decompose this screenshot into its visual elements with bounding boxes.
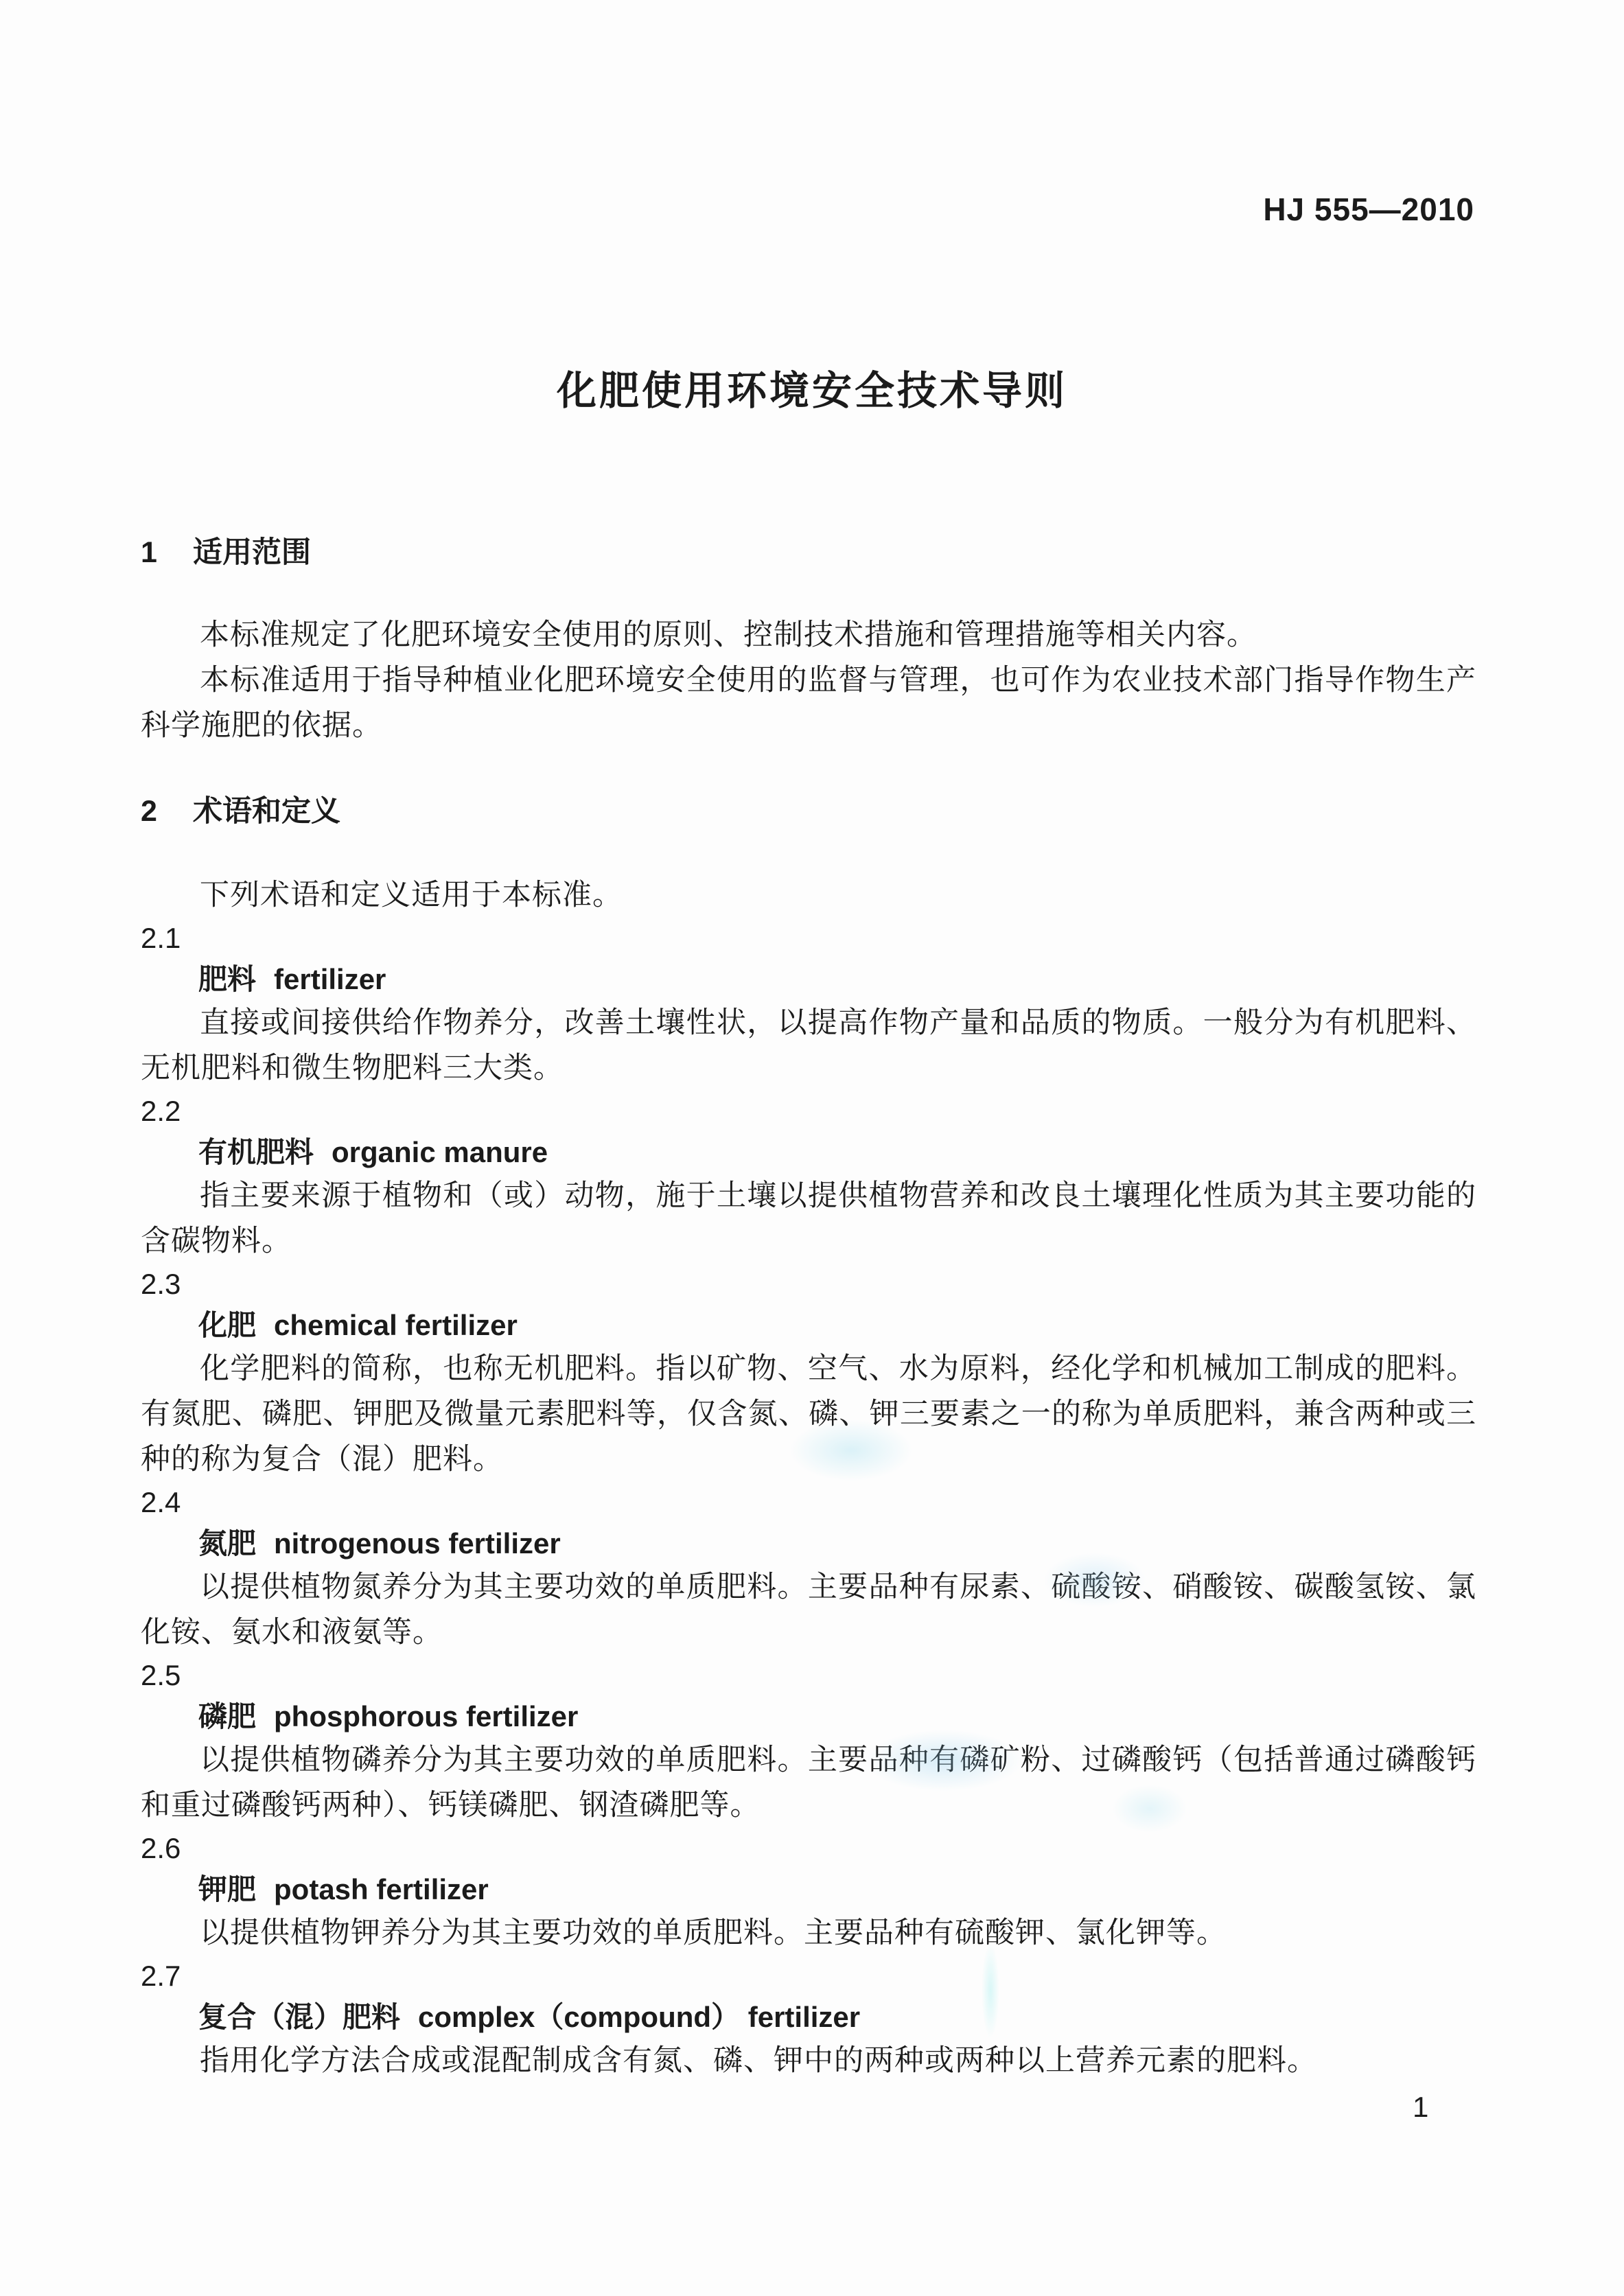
term-title-en: chemical fertilizer: [274, 1309, 518, 1341]
term-number: 2.1: [141, 918, 1476, 958]
term-number: 2.2: [141, 1091, 1476, 1131]
term-title-en: organic manure: [332, 1136, 548, 1168]
term-title-en: nitrogenous fertilizer: [274, 1527, 561, 1559]
section-1-heading: 1适用范围: [141, 532, 1476, 573]
term-title: 钾肥potash fertilizer: [141, 1868, 1476, 1911]
term-title-zh: 磷肥: [198, 1700, 256, 1732]
term-block: 2.6 钾肥potash fertilizer 以提供植物钾养分为其主要功效的单…: [141, 1829, 1476, 1956]
term-title-en: phosphorous fertilizer: [274, 1700, 578, 1732]
term-title-zh: 肥料: [198, 963, 256, 995]
term-number: 2.3: [141, 1264, 1476, 1304]
term-block: 2.1 肥料fertilizer 直接或间接供给作物养分，改善土壤性状，以提高作…: [141, 918, 1476, 1091]
term-title-zh: 有机肥料: [198, 1136, 314, 1168]
term-title-zh: 氮肥: [198, 1527, 256, 1559]
section-title: 术语和定义: [193, 795, 340, 828]
paragraph: 本标准适用于指导种植业化肥环境安全使用的监督与管理，也可作为农业技术部门指导作物…: [141, 658, 1476, 749]
term-definition: 指主要来源于植物和（或）动物，施于土壤以提供植物营养和改良土壤理化性质为其主要功…: [141, 1174, 1476, 1264]
terms-list: 2.1 肥料fertilizer 直接或间接供给作物养分，改善土壤性状，以提高作…: [141, 918, 1476, 2084]
term-title: 化肥chemical fertilizer: [141, 1304, 1476, 1347]
term-number: 2.7: [141, 1956, 1476, 1996]
term-block: 2.4 氮肥nitrogenous fertilizer 以提供植物氮养分为其主…: [141, 1483, 1476, 1656]
term-title-zh: 复合（混）肥料: [198, 2001, 400, 2033]
section-number: 1: [141, 532, 168, 573]
term-title-zh: 化肥: [198, 1309, 256, 1341]
term-definition: 以提供植物钾养分为其主要功效的单质肥料。主要品种有硫酸钾、氯化钾等。: [141, 1911, 1476, 1956]
term-definition: 化学肥料的简称，也称无机肥料。指以矿物、空气、水为原料，经化学和机械加工制成的肥…: [141, 1347, 1476, 1483]
term-definition: 指用化学方法合成或混配制成含有氮、磷、钾中的两种或两种以上营养元素的肥料。: [141, 2039, 1476, 2084]
terms-intro: 下列术语和定义适用于本标准。: [141, 873, 1476, 918]
term-title-zh: 钾肥: [198, 1873, 256, 1905]
section-1-paragraphs: 本标准规定了化肥环境安全使用的原则、控制技术措施和管理措施等相关内容。 本标准适…: [141, 613, 1476, 749]
term-title: 磷肥phosphorous fertilizer: [141, 1695, 1476, 1738]
paragraph: 本标准规定了化肥环境安全使用的原则、控制技术措施和管理措施等相关内容。: [141, 613, 1476, 658]
term-title: 肥料fertilizer: [141, 958, 1476, 1001]
term-title-en: potash fertilizer: [274, 1873, 489, 1905]
term-definition: 直接或间接供给作物养分，改善土壤性状，以提高作物产量和品质的物质。一般分为有机肥…: [141, 1001, 1476, 1091]
term-block: 2.7 复合（混）肥料complex（compound） fertilizer …: [141, 1956, 1476, 2084]
standard-code: HJ 555—2010: [1263, 191, 1474, 228]
document-page: HJ 555—2010 化肥使用环境安全技术导则 1适用范围 本标准规定了化肥环…: [0, 0, 1624, 2296]
term-title-en: complex（compound） fertilizer: [418, 2001, 860, 2033]
term-title-en: fertilizer: [274, 963, 386, 995]
term-block: 2.5 磷肥phosphorous fertilizer 以提供植物磷养分为其主…: [141, 1656, 1476, 1829]
term-definition: 以提供植物磷养分为其主要功效的单质肥料。主要品种有磷矿粉、过磷酸钙（包括普通过磷…: [141, 1738, 1476, 1829]
term-title: 有机肥料organic manure: [141, 1131, 1476, 1174]
term-title: 复合（混）肥料complex（compound） fertilizer: [141, 1996, 1476, 2039]
section-number: 2: [141, 791, 168, 832]
term-number: 2.4: [141, 1483, 1476, 1522]
document-title: 化肥使用环境安全技术导则: [0, 358, 1624, 416]
term-title: 氮肥nitrogenous fertilizer: [141, 1522, 1476, 1565]
document-body: 1适用范围 本标准规定了化肥环境安全使用的原则、控制技术措施和管理措施等相关内容…: [141, 529, 1476, 2084]
term-definition: 以提供植物氮养分为其主要功效的单质肥料。主要品种有尿素、硫酸铵、硝酸铵、碳酸氢铵…: [141, 1565, 1476, 1656]
term-number: 2.5: [141, 1656, 1476, 1695]
page-number: 1: [1413, 2091, 1428, 2124]
term-block: 2.2 有机肥料organic manure 指主要来源于植物和（或）动物，施于…: [141, 1091, 1476, 1264]
section-title: 适用范围: [193, 536, 311, 569]
term-number: 2.6: [141, 1829, 1476, 1868]
section-2-heading: 2术语和定义: [141, 791, 1476, 832]
term-block: 2.3 化肥chemical fertilizer 化学肥料的简称，也称无机肥料…: [141, 1264, 1476, 1483]
